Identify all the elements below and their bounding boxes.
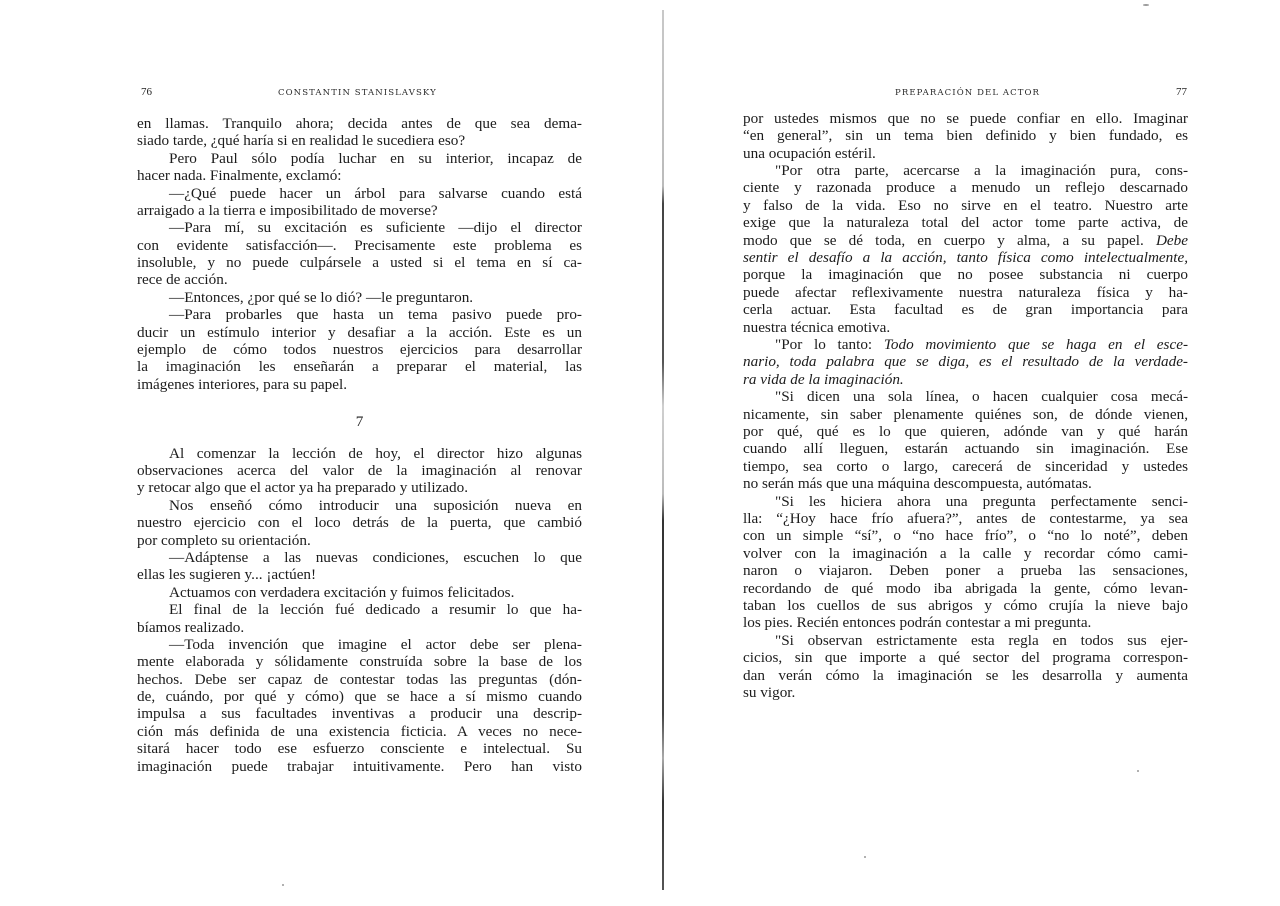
text-line: Nos enseñó cómo introducir una suposició… (137, 497, 582, 514)
text-line: impulsa a sus facultades inventivas a pr… (137, 705, 582, 722)
text-line: ción más definida de una existencia fict… (137, 723, 582, 740)
text-line: "Si observan estrictamente esta regla en… (743, 632, 1188, 649)
book-spread: 76 CONSTANTIN STANISLAVSKY en llamas. Tr… (0, 0, 1280, 906)
text-line: mente elaborada y sólidamente construída… (137, 653, 582, 670)
text-line: en llamas. Tranquilo ahora; decida antes… (137, 115, 582, 132)
text-line: —Para mí, su excitación es suficiente —d… (137, 219, 582, 236)
text-line: hacer nada. Finalmente, exclamó: (137, 167, 582, 184)
text-line: —Para probarles que hasta un tema pasivo… (137, 306, 582, 323)
text-line: hechos. Debe ser capaz de contestar toda… (137, 671, 582, 688)
text-line: cicios, sin que importe a qué sector del… (743, 649, 1188, 666)
text-line: —Toda invención que imagine el actor deb… (137, 636, 582, 653)
running-head-right: PREPARACIÓN DEL ACTOR (895, 88, 1040, 98)
text-line: y falso de la vida. Eso no sirve en el t… (743, 197, 1188, 214)
text-line: ducir un estímulo interior y desafiar a … (137, 324, 582, 341)
page-number-right: 77 (1176, 86, 1187, 98)
text-line: su vigor. (743, 684, 1188, 701)
text-line: "Por lo tanto: Todo movimiento que se ha… (743, 336, 1188, 353)
text-line: con un simple “sí”, o “no hace frío”, o … (743, 527, 1188, 544)
text-line: insoluble, y no puede culpársele a usted… (137, 254, 582, 271)
text-line: los pies. Recién entonces podrán contest… (743, 614, 1188, 631)
scan-speck (1137, 770, 1139, 772)
text-line: cerla actuar. Esta facultad es de gran i… (743, 301, 1188, 318)
text-line: "Por otra parte, acercarse a la imaginac… (743, 162, 1188, 179)
scan-speck (864, 856, 866, 858)
text-line: —Entonces, ¿por qué se lo dió? —le pregu… (137, 289, 582, 306)
right-page: PREPARACIÓN DEL ACTOR 77 por ustedes mis… (660, 0, 1280, 906)
text-line: arraigado a la tierra e imposibilitado d… (137, 202, 582, 219)
text-line: ciente y razonada produce a menudo un re… (743, 179, 1188, 196)
text-line: sentir el desafío a la acción, tanto fís… (743, 249, 1188, 266)
scan-speck (282, 884, 284, 886)
text-line: ra vida de la imaginación. (743, 371, 1188, 388)
text-line: una ocupación estéril. (743, 145, 1188, 162)
page-number-left: 76 (141, 86, 152, 98)
text-line: rece de acción. (137, 271, 582, 288)
text-line: imaginación puede trabajar intuitivament… (137, 758, 582, 775)
text-line: siado tarde, ¿qué haría si en realidad l… (137, 132, 582, 149)
running-head-left: CONSTANTIN STANISLAVSKY (278, 88, 437, 98)
text-line: "Si dicen una sola línea, o hacen cualqu… (743, 388, 1188, 405)
text-line: ellas les sugieren y... ¡actúen! (137, 566, 582, 583)
text-line: dan verán cómo la imaginación se les des… (743, 667, 1188, 684)
section-number: 7 (137, 413, 582, 430)
text-line: porque la imaginación que no posee subst… (743, 266, 1188, 283)
text-line: nuestro ejercicio con el loco detrás de … (137, 514, 582, 531)
text-line: Pero Paul sólo podía luchar en su interi… (137, 150, 582, 167)
text-line: puede afectar reflexivamente nuestra nat… (743, 284, 1188, 301)
scan-speck (1143, 4, 1149, 6)
text-line: nario, toda palabra que se diga, es el r… (743, 353, 1188, 370)
text-line: de, cuándo, por qué y cómo) que se hace … (137, 688, 582, 705)
text-line: no serán más que una máquina descompuest… (743, 475, 1188, 492)
text-line: observaciones acerca del valor de la ima… (137, 462, 582, 479)
text-line: exige que la naturaleza total del actor … (743, 214, 1188, 231)
text-line: nuestra técnica emotiva. (743, 319, 1188, 336)
text-line: recordando de qué modo iba abrigada la g… (743, 580, 1188, 597)
text-line: imágenes interiores, para su papel. (137, 376, 582, 393)
text-line: y retocar algo que el actor ya ha prepar… (137, 479, 582, 496)
text-line: El final de la lección fué dedicado a re… (137, 601, 582, 618)
text-line: sitará hacer todo ese esfuerzo conscient… (137, 740, 582, 757)
text-line: volver con la imaginación a la calle y r… (743, 545, 1188, 562)
text-line: bíamos realizado. (137, 619, 582, 636)
text-line: nicamente, sin saber plenamente quiénes … (743, 406, 1188, 423)
text-line: por ustedes mismos que no se puede confi… (743, 110, 1188, 127)
text-line: tiempo, sea corto o largo, carecerá de s… (743, 458, 1188, 475)
text-line: "Si les hiciera ahora una pregunta perfe… (743, 493, 1188, 510)
text-line: Actuamos con verdadera excitación y fuim… (137, 584, 582, 601)
text-line: taban los cuellos de sus abrigos y cómo … (743, 597, 1188, 614)
text-line: cuando allí lleguen, estarán actuando si… (743, 440, 1188, 457)
text-line: por qué, qué es lo que quieren, adónde v… (743, 423, 1188, 440)
text-line: naron o viajaron. Deben poner a prueba l… (743, 562, 1188, 579)
text-line: la imaginación les enseñarán a preparar … (137, 358, 582, 375)
text-line: modo que se dé toda, en cuerpo y alma, a… (743, 232, 1188, 249)
text-line: —¿Qué puede hacer un árbol para salvarse… (137, 185, 582, 202)
text-line: “en general”, sin un tema bien definido … (743, 127, 1188, 144)
text-line: con evidente satisfacción—. Precisamente… (137, 237, 582, 254)
left-page: 76 CONSTANTIN STANISLAVSKY en llamas. Tr… (0, 0, 660, 906)
text-line: —Adáptense a las nuevas condiciones, esc… (137, 549, 582, 566)
text-line: por completo su orientación. (137, 532, 582, 549)
text-line: Al comenzar la lección de hoy, el direct… (137, 445, 582, 462)
text-line: lla: “¿Hoy hace frío afuera?”, antes de … (743, 510, 1188, 527)
text-line: ejemplo de cómo todos nuestros ejercicio… (137, 341, 582, 358)
